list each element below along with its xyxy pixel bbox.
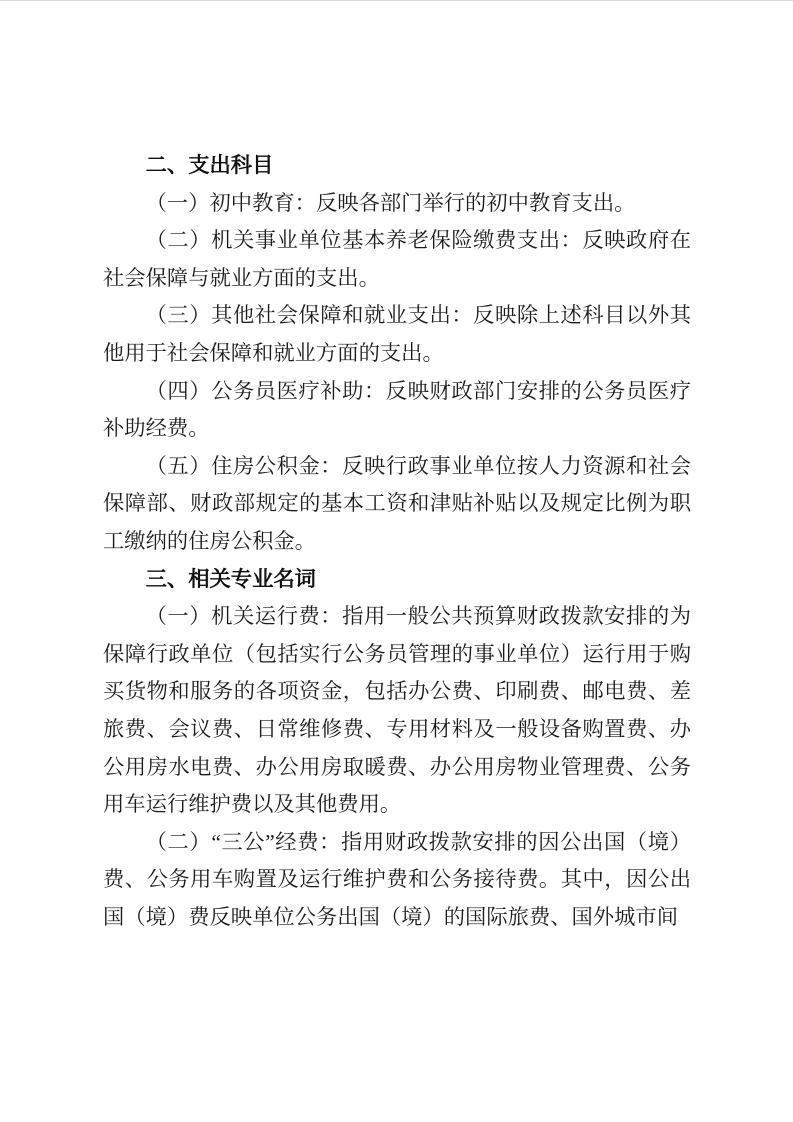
paragraph-three-public-expenses: （二）“三公”经费：指用财政拨款安排的因公出国（境）费、公务用车购置及运行维护费…	[103, 824, 691, 937]
paragraph-agency-operating-expenses: （一）机关运行费：指用一般公共预算财政拨款安排的为保障行政单位（包括实行公务员管…	[103, 598, 691, 824]
paragraph-junior-secondary-education: （一）初中教育：反映各部门举行的初中教育支出。	[103, 185, 691, 223]
section-heading-expenditure-subjects: 二、支出科目	[103, 147, 691, 185]
paragraph-basic-pension-insurance: （二）机关事业单位基本养老保险缴费支出：反映政府在社会保障与就业方面的支出。	[103, 222, 691, 297]
paragraph-housing-provident-fund: （五）住房公积金：反映行政事业单位按人力资源和社会保障部、财政部规定的基本工资和…	[103, 448, 691, 561]
section-heading-related-terms: 三、相关专业名词	[103, 561, 691, 599]
document-content: 二、支出科目 （一）初中教育：反映各部门举行的初中教育支出。 （二）机关事业单位…	[103, 147, 691, 936]
paragraph-other-social-security: （三）其他社会保障和就业支出：反映除上述科目以外其他用于社会保障和就业方面的支出…	[103, 297, 691, 372]
paragraph-civil-servant-medical-subsidy: （四）公务员医疗补助：反映财政部门安排的公务员医疗补助经费。	[103, 373, 691, 448]
document-page: 二、支出科目 （一）初中教育：反映各部门举行的初中教育支出。 （二）机关事业单位…	[0, 0, 793, 1122]
